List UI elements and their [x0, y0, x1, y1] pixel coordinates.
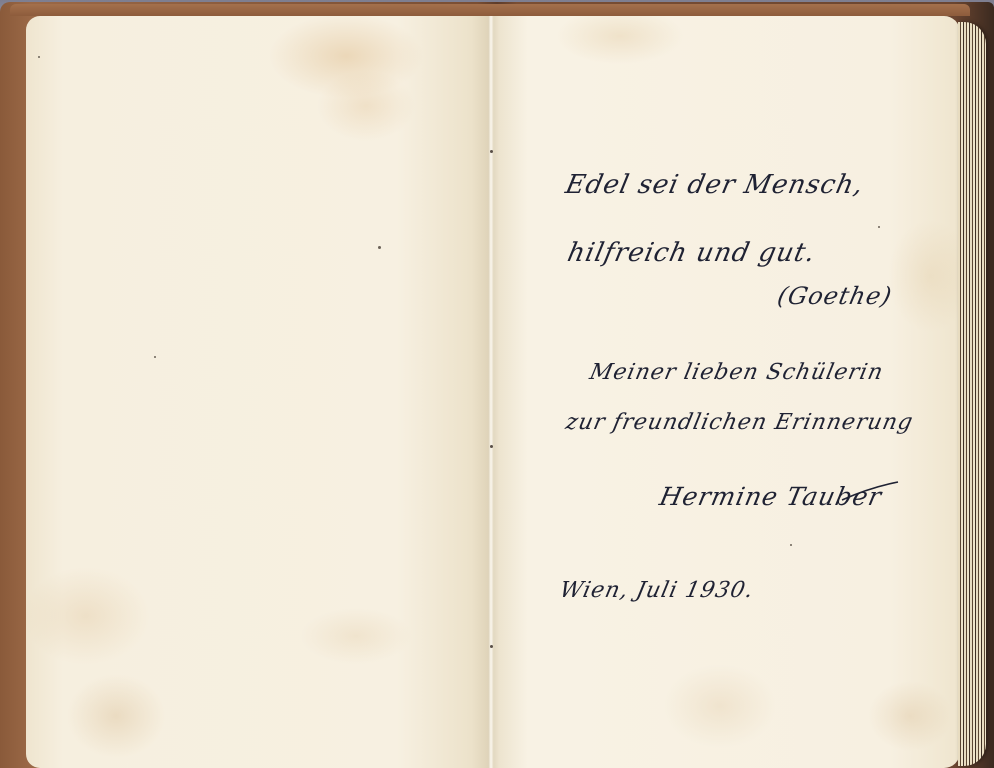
dedication-line-1: Meiner lieben Schülerin	[587, 360, 885, 385]
binding-stitch	[490, 150, 493, 153]
binding-stitch	[490, 445, 493, 448]
paper-speck	[790, 544, 792, 546]
place-date: Wien, Juli 1930.	[557, 578, 756, 603]
album-photo: Edel sei der Mensch, hilfreich und gut. …	[0, 0, 994, 768]
quote-line-2: hilfreich und gut.	[565, 238, 819, 268]
binding-stitch	[490, 645, 493, 648]
quote-line-1: Edel sei der Mensch,	[563, 170, 867, 200]
paper-speck	[378, 246, 381, 249]
paper-speck	[154, 356, 156, 358]
page-edges-stack	[958, 22, 986, 766]
signature-swash-icon	[840, 478, 900, 508]
quote-attribution: (Goethe)	[775, 282, 895, 310]
book-gutter	[488, 16, 494, 768]
paper-speck	[878, 226, 880, 228]
paper-speck	[38, 56, 40, 58]
dedication-line-2: zur freundlichen Erinnerung	[563, 410, 915, 435]
cover-top-edge	[10, 4, 970, 16]
right-page	[490, 16, 960, 768]
left-page	[26, 16, 490, 768]
